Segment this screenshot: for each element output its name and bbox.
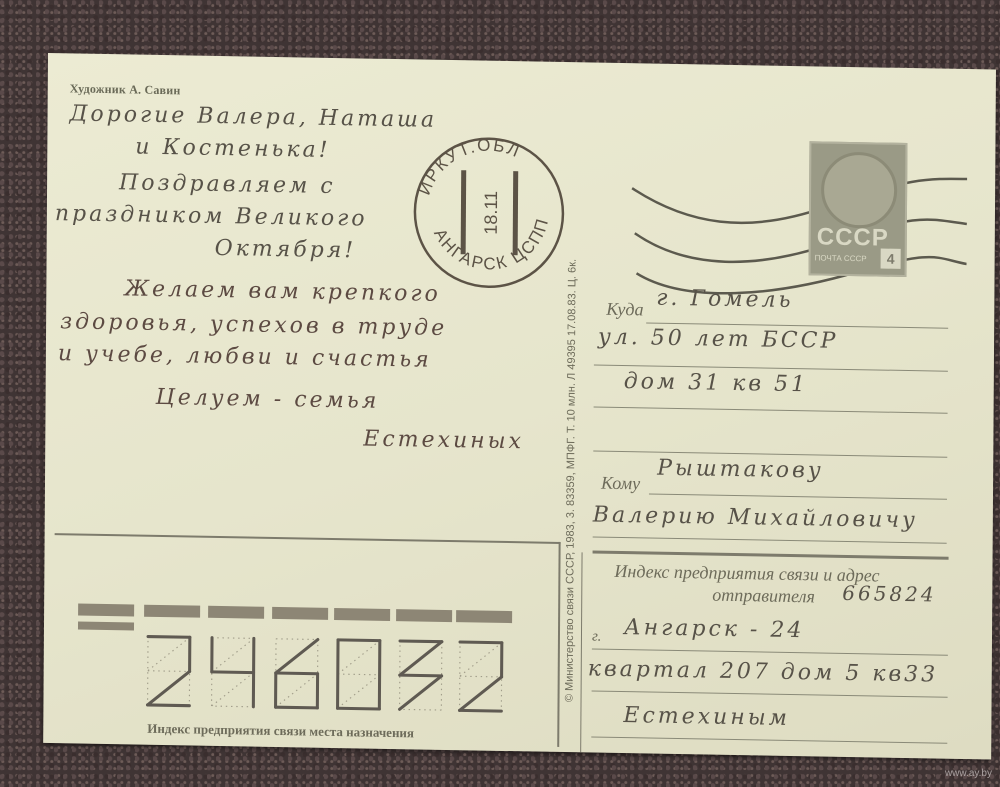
message-line5: Октября! <box>215 236 357 263</box>
postcard: Художник А. Савин Дорогие Валера, Наташа… <box>43 53 996 759</box>
postage-stamp: СССР ПОЧТА СССР 4 <box>809 141 908 277</box>
index-marker <box>144 605 200 618</box>
svg-text:ИРКУТ.ОБЛ: ИРКУТ.ОБЛ <box>415 134 524 199</box>
address-line <box>592 649 948 656</box>
to-label: Куда <box>606 299 643 321</box>
publisher-line: © Министерство связи СССР, 1983, 3. 8335… <box>564 259 579 702</box>
index-box-side-border <box>557 542 560 747</box>
index-digit <box>271 635 322 712</box>
sender-label-line1: Индекс предприятия связи и адрес <box>614 561 879 587</box>
address-line <box>594 407 948 414</box>
sender-index: 665824 <box>842 581 937 607</box>
stamp-label: ПОЧТА СССР <box>815 253 867 263</box>
message-line7: здоровья, успехов в труде <box>60 309 447 341</box>
index-marker <box>456 610 512 623</box>
recipient-surname: Рыштакову <box>657 456 824 484</box>
destination-index-label: Индекс предприятия связи места назначени… <box>147 721 414 742</box>
index-digit <box>395 637 446 714</box>
postmark-date: 18.11 <box>481 191 501 235</box>
sender-city: Ангарск - 24 <box>624 615 805 643</box>
sender-label-line2: отправителя <box>712 585 815 608</box>
vertical-divider <box>580 552 582 752</box>
cancellation-lines-icon <box>626 143 967 299</box>
sender-city-prefix: г. <box>592 629 602 646</box>
destination-index-digits <box>48 53 996 70</box>
address-line <box>591 736 947 743</box>
message-line3: Поздравляем с <box>119 170 336 199</box>
message-closing: Целуем - семья <box>156 385 380 414</box>
recipient-city: г. Гомель <box>656 286 793 313</box>
address-line <box>649 493 947 499</box>
sender-name: Естехиным <box>623 703 790 731</box>
index-marker <box>334 608 390 621</box>
message-line4: праздником Великого <box>55 201 368 231</box>
message-line8: и учебе, любви и счастья <box>58 341 432 373</box>
message-signature: Естехиных <box>363 427 524 455</box>
sender-address: квартал 207 дом 5 кв33 <box>588 656 939 687</box>
address-line <box>592 691 948 698</box>
recipient-street: ул. 50 лет БССР <box>598 325 838 354</box>
address-line <box>593 537 947 544</box>
index-marker <box>396 609 452 622</box>
recipient-name: Валерию Михайловичу <box>593 503 918 534</box>
recipient-house: дом 31 кв 51 <box>624 369 809 397</box>
whom-label: Кому <box>601 473 640 495</box>
index-marker <box>78 604 134 617</box>
index-marker <box>272 607 328 620</box>
index-marker <box>208 606 264 619</box>
index-digit <box>143 633 194 710</box>
postmark-circle-icon: ИРКУТ.ОБЛ АНГАРСК ЦСПП 18.11 <box>408 131 569 294</box>
index-box-top-border <box>55 533 561 544</box>
index-digit <box>207 634 258 711</box>
stamp-denomination: 4 <box>881 249 901 269</box>
index-digit <box>333 636 384 713</box>
stamp-country: СССР <box>817 223 889 252</box>
message-line6: Желаем вам крепкого <box>124 276 441 307</box>
ussr-emblem-icon <box>821 152 898 229</box>
postmark-top-text: ИРКУТ.ОБЛ <box>415 134 524 199</box>
watermark: www.ay.by <box>945 768 992 779</box>
index-marker <box>78 622 134 631</box>
divider <box>593 551 949 560</box>
message-greeting-line2: и Костенька! <box>135 135 330 163</box>
index-digit <box>455 638 506 715</box>
message-greeting-line1: Дорогие Валера, Наташа <box>69 101 437 132</box>
artist-credit: Художник А. Савин <box>70 81 181 98</box>
